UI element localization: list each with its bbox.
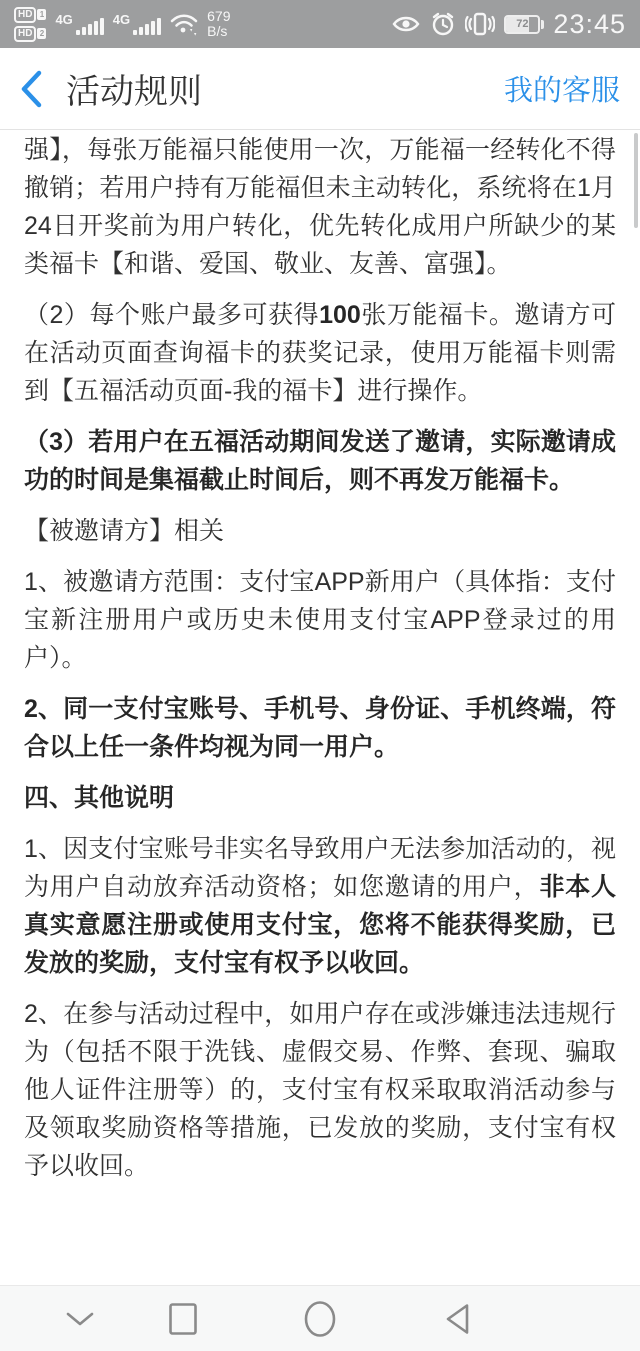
- rule-paragraph: 1、被邀请方范围：支付宝APP新用户（具体指：支付宝新注册用户或历史未使用支付宝…: [24, 563, 616, 677]
- alarm-icon: [430, 11, 456, 37]
- page-title: 活动规则: [66, 64, 202, 113]
- battery-percentage: 72: [506, 17, 538, 32]
- section-heading-text: 四、其他说明: [24, 784, 174, 812]
- hd-sim-number: 2: [37, 28, 46, 39]
- network-type-label: 4G: [55, 13, 72, 26]
- back-nav-button[interactable]: [441, 1301, 473, 1337]
- rule-paragraph: 2、同一支付宝账号、手机号、身份证、手机终端，符合以上任一条件均视为同一用户。: [24, 690, 616, 766]
- rule-text: 强】，每张万能福只能使用一次，万能福一经转化不得撤销；若用户持有万能福但未主动转…: [24, 136, 616, 278]
- hd-volte-icon: HD 2: [14, 26, 46, 42]
- rule-paragraph: 强】，每张万能福只能使用一次，万能福一经转化不得撤销；若用户持有万能福但未主动转…: [24, 131, 616, 283]
- battery-icon: 72: [504, 15, 544, 34]
- rule-paragraph: （3）若用户在五福活动期间发送了邀请，实际邀请成功的时间是集福截止时间后，则不再…: [24, 423, 616, 499]
- system-navigation-bar: [0, 1285, 640, 1351]
- signal-sim2: 4G: [113, 13, 161, 35]
- chevron-left-icon: [18, 69, 44, 109]
- nav-bar: 活动规则 我的客服: [0, 48, 640, 130]
- rule-paragraph: （2）每个账户最多可获得100张万能福卡。邀请方可在活动页面查询福卡的获奖记录，…: [24, 296, 616, 410]
- clock-time: 23:45: [553, 9, 626, 40]
- rule-text-bold: 100: [319, 301, 361, 329]
- hd-sim-number: 1: [37, 9, 46, 20]
- rule-text: 1、因支付宝账号非实名导致用户无法参加活动的，视为用户自动放弃活动资格；如您邀请…: [24, 835, 616, 901]
- square-icon: [168, 1302, 198, 1336]
- my-customer-service-link[interactable]: 我的客服: [504, 68, 620, 109]
- status-bar-left: HD 1 HD 2 4G 4G: [14, 7, 231, 42]
- signal-bars-icon: [133, 15, 161, 35]
- wifi-icon: [170, 12, 198, 36]
- home-button[interactable]: [303, 1300, 337, 1338]
- recents-button[interactable]: [168, 1302, 198, 1336]
- rule-text: 1、被邀请方范围：支付宝APP新用户（具体指：支付宝新注册用户或历史未使用支付宝…: [24, 568, 616, 672]
- network-speed: 679 B/s: [207, 9, 230, 39]
- signal-bars-icon: [76, 15, 104, 35]
- rule-paragraph: 1、因支付宝账号非实名导致用户无法参加活动的，视为用户自动放弃活动资格；如您邀请…: [24, 830, 616, 982]
- hd-badges: HD 1 HD 2: [14, 7, 46, 42]
- subsection-heading: 【被邀请方】相关: [24, 512, 616, 550]
- hide-navigation-button[interactable]: [64, 1310, 96, 1328]
- status-bar-right: 72 23:45: [391, 9, 626, 40]
- eye-comfort-icon: [391, 12, 421, 36]
- vibrate-icon: [465, 11, 495, 37]
- phone-screen: { "colors": { "status_bar_bg": "#9d9e9f"…: [0, 0, 640, 1351]
- rule-paragraph: 2、在参与活动过程中，如用户存在或涉嫌违法违规行为（包括不限于洗钱、虚假交易、作…: [24, 995, 616, 1185]
- chevron-down-icon: [64, 1310, 96, 1328]
- circle-icon: [303, 1300, 337, 1338]
- network-type-label: 4G: [113, 13, 130, 26]
- status-bar: HD 1 HD 2 4G 4G: [0, 0, 640, 48]
- back-button[interactable]: [0, 69, 58, 109]
- rule-text: 2、在参与活动过程中，如用户存在或涉嫌违法违规行为（包括不限于洗钱、虚假交易、作…: [24, 1000, 616, 1180]
- rules-scroll-area[interactable]: 强】，每张万能福只能使用一次，万能福一经转化不得撤销；若用户持有万能福但未主动转…: [0, 131, 640, 1285]
- rule-text: （2）每个账户最多可获得: [24, 301, 319, 329]
- triangle-left-icon: [441, 1301, 473, 1337]
- hd-label: HD: [14, 26, 36, 42]
- rule-text-bold: 2、同一支付宝账号、手机号、身份证、手机终端，符合以上任一条件均视为同一用户。: [24, 695, 616, 761]
- hd-volte-icon: HD 1: [14, 7, 46, 23]
- rule-text: 【被邀请方】相关: [24, 517, 224, 545]
- speed-value: 679: [207, 9, 230, 24]
- rule-text-bold: （3）若用户在五福活动期间发送了邀请，实际邀请成功的时间是集福截止时间后，则不再…: [24, 428, 616, 494]
- scrollbar-thumb[interactable]: [634, 133, 638, 228]
- signal-sim1: 4G: [55, 13, 103, 35]
- hd-label: HD: [14, 7, 36, 23]
- speed-unit: B/s: [207, 24, 230, 39]
- section-heading: 四、其他说明: [24, 779, 616, 817]
